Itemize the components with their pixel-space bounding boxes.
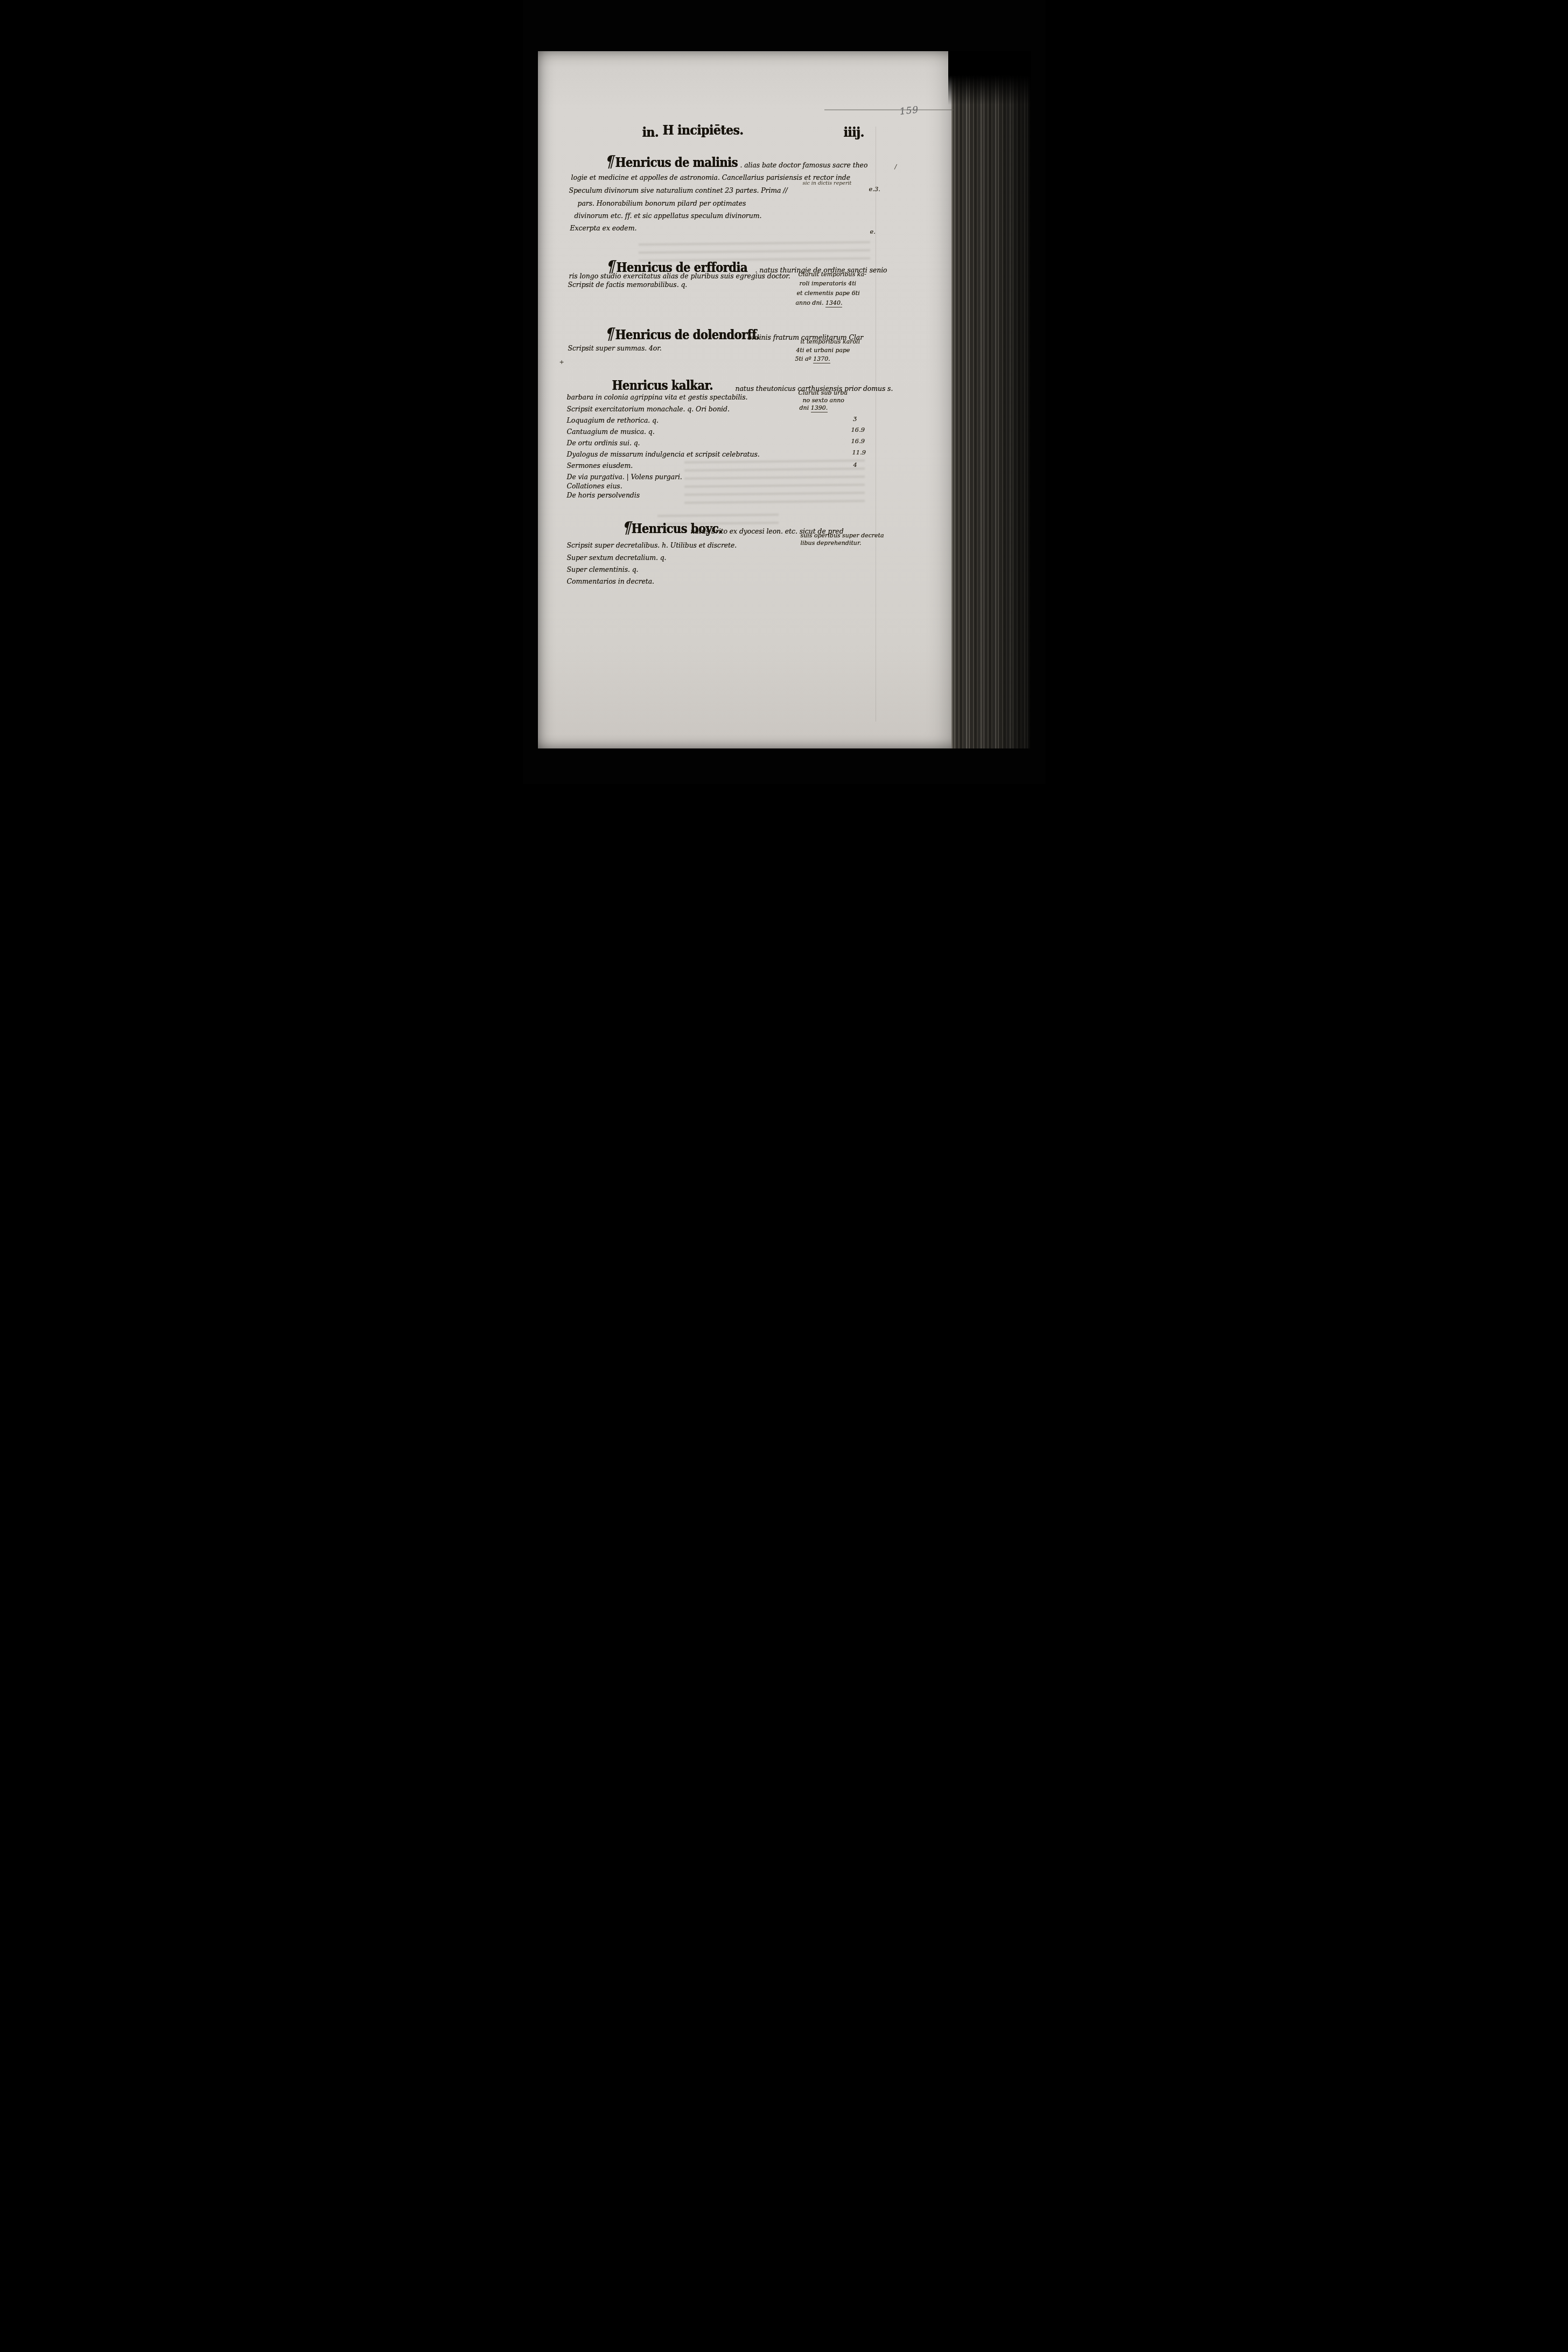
show-through — [684, 457, 865, 510]
margin-note-line: Claruit sub urba — [799, 389, 848, 397]
margin-date: anno dni. 1340. — [796, 299, 843, 307]
date-value: 1340. — [825, 299, 843, 307]
entry-line: Speculum divinorum sive naturalium conti… — [569, 186, 788, 194]
margin-reference: 4 — [853, 461, 857, 468]
ruling-line — [876, 127, 876, 722]
entry-line: Commentarios in decreta. — [567, 577, 654, 585]
show-through — [639, 239, 870, 263]
entry-line: Scripsit super summas. 4or. — [568, 344, 662, 352]
entry-line: De horis persolvendis — [567, 491, 640, 499]
entry-line: Scripsit super decretalibus. h. Utilibus… — [567, 541, 737, 549]
margin-reference: e.3. — [869, 185, 880, 193]
paper-crease — [824, 109, 954, 110]
entry-name-suffix: . alias bate doctor famosus sacre theo — [740, 161, 868, 169]
date-prefix: 5ti aº — [795, 355, 814, 362]
entry-line: De ortu ordinis sui. q. — [567, 439, 640, 447]
entry-name: Henricus de malinis — [615, 156, 738, 169]
margin-reference: 16.9 — [851, 437, 865, 445]
entry-line: divinorum etc. ff. et sic appellatus spe… — [575, 212, 762, 220]
margin-date: dni 1390. — [800, 404, 828, 412]
margin-note-line: suis operibus super decreta — [801, 532, 884, 540]
running-title-left: in. — [642, 125, 659, 139]
entry-line: Sermones eiusdem. — [567, 461, 633, 470]
margin-reference: ʒ — [853, 414, 857, 422]
margin-reference: 16.9 — [851, 426, 865, 433]
entry-line: pars. Honorabilium bonorum pilard per op… — [578, 199, 746, 207]
margin-date: 5ti aº 1370. — [795, 355, 830, 363]
margin-note-line: no sexto anno — [803, 397, 844, 404]
ink-mark-slash: / — [895, 163, 897, 170]
running-title: H incipiētes. — [663, 123, 744, 137]
interlinear-note: sic in dictis reperit — [803, 180, 852, 186]
book-fore-edge — [951, 51, 1031, 748]
ink-mark-plus: + — [559, 359, 564, 366]
entry-line: Excerpta ex eodem. — [570, 224, 637, 232]
margin-note-line: Claruit temporibus ka- — [799, 271, 866, 278]
entry-line: Scripsit de factis memorabilibus. q. — [568, 281, 688, 289]
date-prefix: anno dni. — [796, 299, 825, 306]
entry-line: Scripsit exercitatorium monachale. q. Or… — [567, 405, 730, 413]
folio-number: 159 — [899, 104, 919, 117]
entry-line: barbara in colonia agrippina vita et ges… — [567, 393, 748, 401]
manuscript-photo: in. H incipiētes. iiij. 159 / + ¶ Henric… — [523, 0, 1046, 784]
quire-number: iiij. — [844, 125, 864, 139]
entry-line: Collationes eius. — [567, 482, 622, 490]
entry-line: Super sextum decretalium. q. — [567, 554, 667, 562]
margin-note-line: 4ti et urbani pape — [796, 347, 850, 354]
entry-line: De via purgativa. | Volens purgari. — [567, 473, 682, 481]
entry-line: Cantuagium de musica. q. — [567, 428, 655, 436]
entry-line: Loquagium de rethorica. q. — [567, 416, 659, 424]
margin-note-line: roli imperatoris 4ti — [800, 280, 857, 288]
margin-reference: e. — [870, 228, 876, 235]
date-value: 1390. — [811, 404, 828, 412]
fore-edge-shadow — [948, 51, 1031, 105]
entry-name: Henricus de dolendorff. — [615, 328, 760, 341]
entry-name: Henricus kalkar. — [612, 379, 713, 391]
margin-note-line: it temporibus karoli — [801, 338, 860, 346]
entry-line: Dyalogus de missarum indulgencia et scri… — [567, 450, 760, 458]
date-value: 1370. — [813, 355, 830, 363]
margin-note-line: libus deprehenditur. — [801, 540, 862, 547]
margin-note-line: et clementis pape 6ti — [797, 290, 860, 297]
entry-line: ris longo studio exercitatus alias de pl… — [569, 272, 790, 280]
entry-line: Super clementinis. q. — [567, 565, 639, 573]
margin-reference: 11.9 — [852, 449, 866, 456]
date-prefix: dni — [800, 404, 811, 411]
